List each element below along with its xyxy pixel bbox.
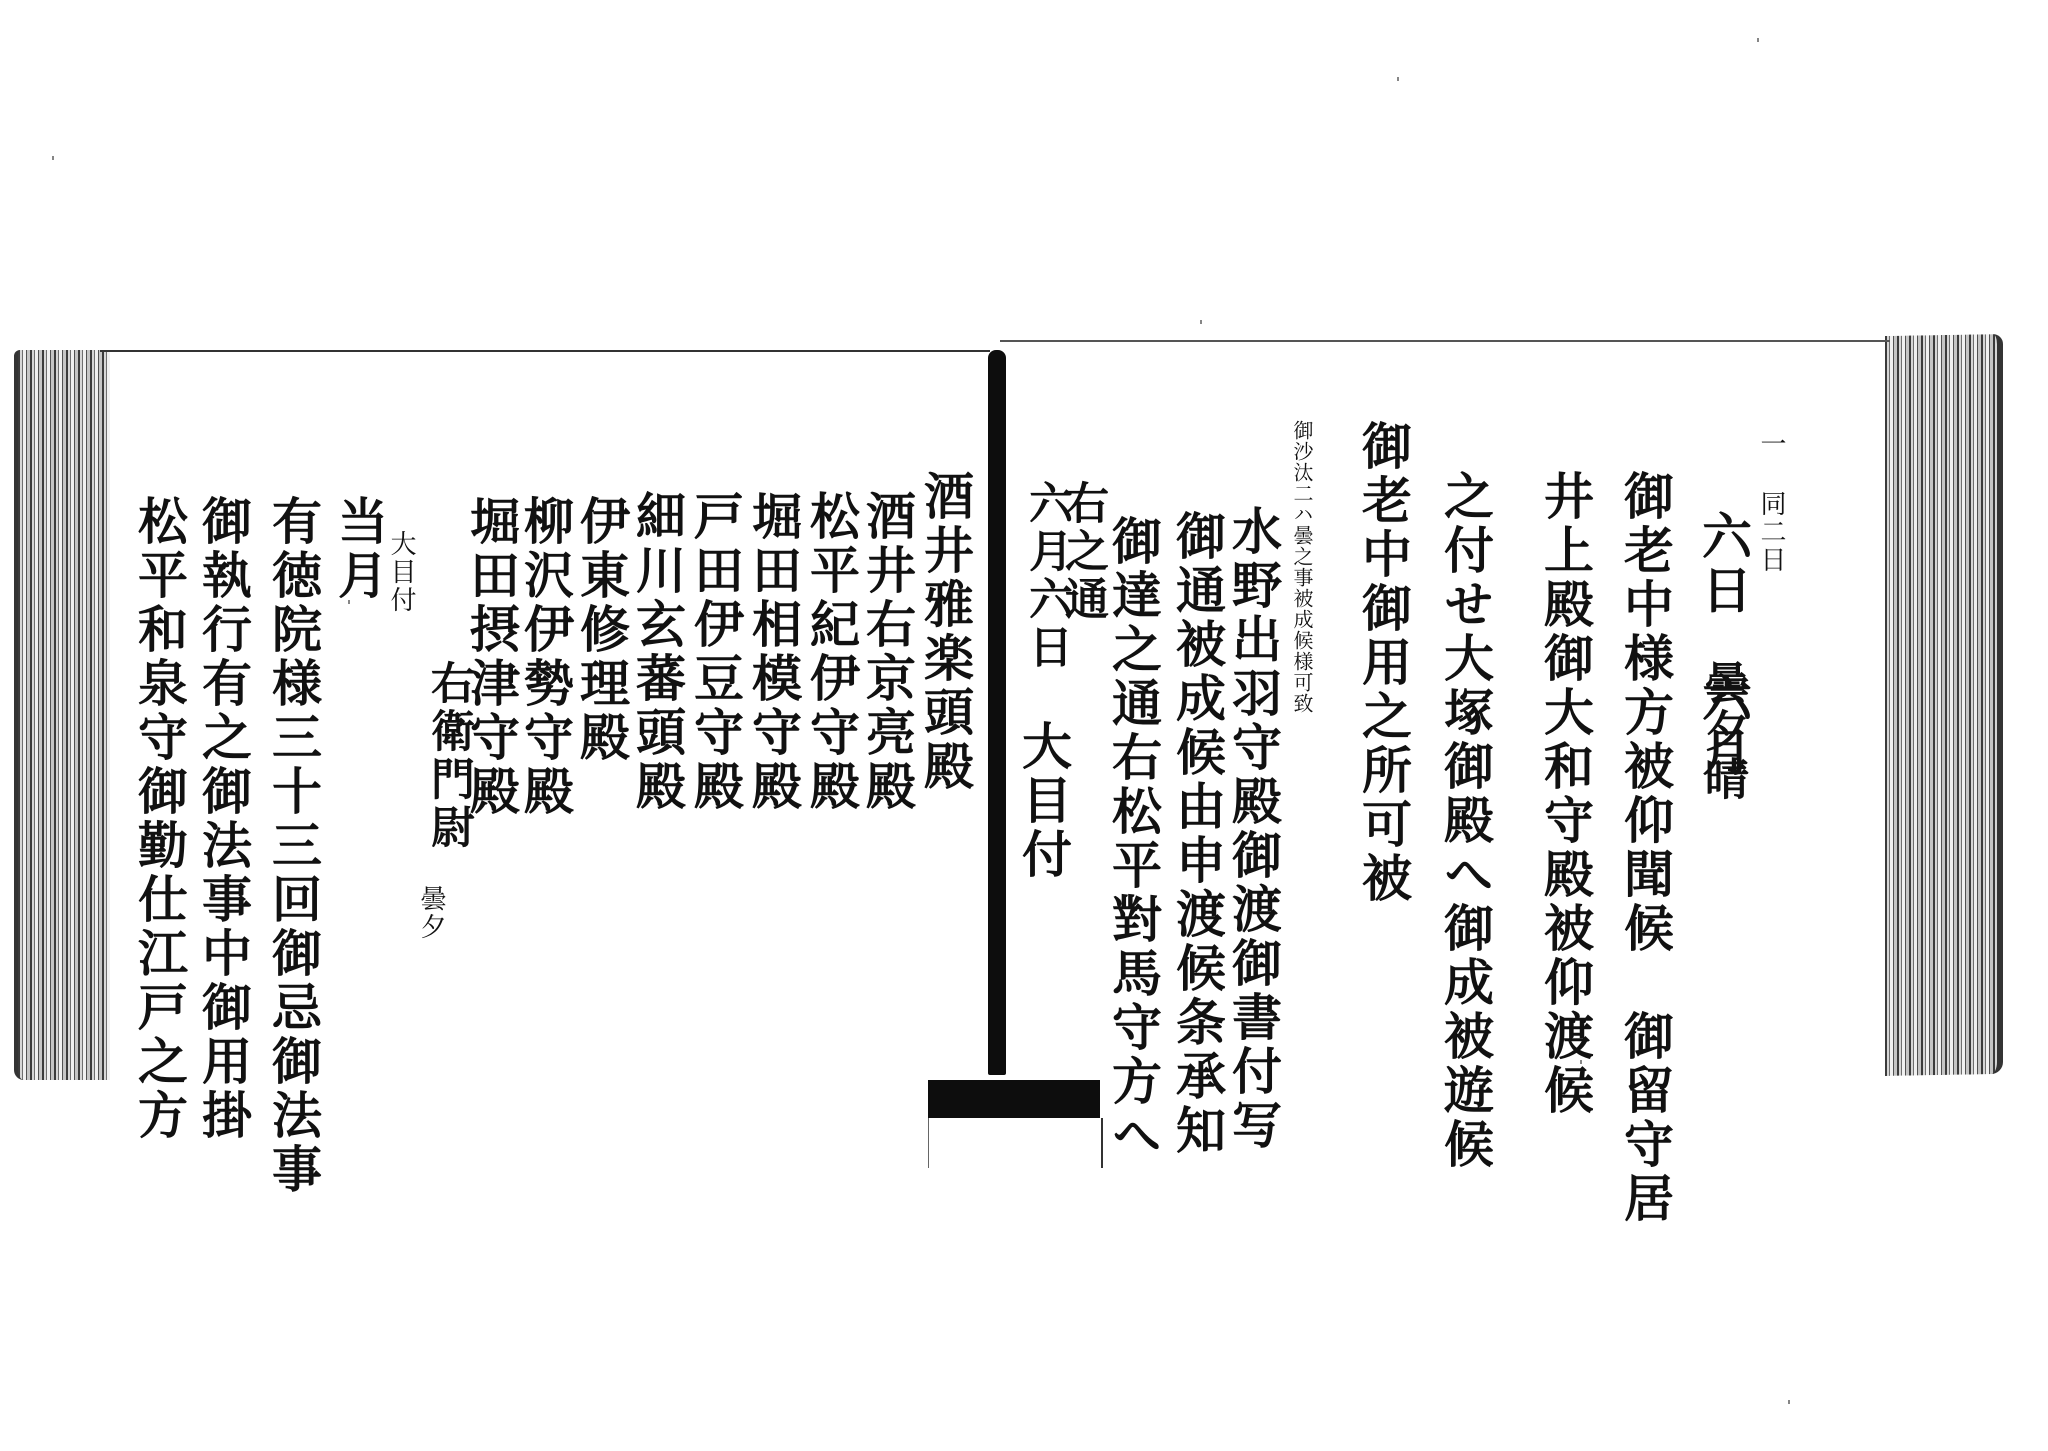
book-spine-binding [988,350,1006,1075]
text-column: 有徳院様三十三回御忌御法事 [268,495,318,1197]
text-column: 御通被成候由申渡候条承知 [1172,510,1222,1158]
text-column-name: 戸田伊豆守殿 [690,490,740,814]
text-column-date: 六月六日 [1024,480,1068,672]
right-page-stack-edge [1885,334,2003,1076]
text-column: 松平和泉守御勤仕江戸之方 [134,495,184,1143]
text-column-heading: 当月 [334,495,384,603]
text-column-name: 柳沢伊勢守殿 [520,495,570,819]
text-column-name: 松平紀伊守殿 [806,490,856,814]
paper-speck [1200,320,1202,324]
text-column-signature: 大目付 [1018,720,1068,882]
text-column: 之付せ大塚御殿へ御成被遊候 [1440,470,1490,1172]
paper-speck [1788,1400,1790,1404]
text-column: 御執行有之御法事中御用掛 [198,495,248,1143]
text-column-name: 酒井雅楽頭殿 [920,470,970,794]
text-column: 御老中様方被仰聞候 御留守居 [1620,470,1670,1226]
text-column-name: 酒井右京亮殿 [862,490,912,814]
binding-clip-base [928,1080,1100,1118]
text-column: 井上殿御大和守殿被仰渡候 [1540,470,1590,1118]
left-page-stack-edge [14,350,110,1080]
paper-speck [1757,38,1759,42]
text-column-annotation: 御沙汰二ハ曇之事被成候様可致 [1292,420,1312,714]
paper-speck [1397,77,1399,81]
binding-clip-guide [928,1118,1103,1168]
text-column-name: 細川玄蕃頭殿 [632,490,682,814]
text-column-name: 伊東修理殿 [576,495,626,765]
text-column: 御達之通右松平對馬守方へ [1108,515,1158,1163]
text-column: 御老中御用之所可被 [1358,420,1408,906]
text-column-signature: 大目付 [388,530,414,614]
text-column-weather: 曇夕 [418,885,444,941]
text-column: 水野出羽守殿御渡御書付写 [1228,505,1278,1153]
text-column: 一 同二日 [1758,430,1784,574]
paper-speck [52,156,54,160]
text-column-weather: 曇夕晴 [1700,660,1744,804]
text-column-signature: 右衛門尉 [426,660,470,852]
text-column-name: 堀田相模守殿 [748,490,798,814]
